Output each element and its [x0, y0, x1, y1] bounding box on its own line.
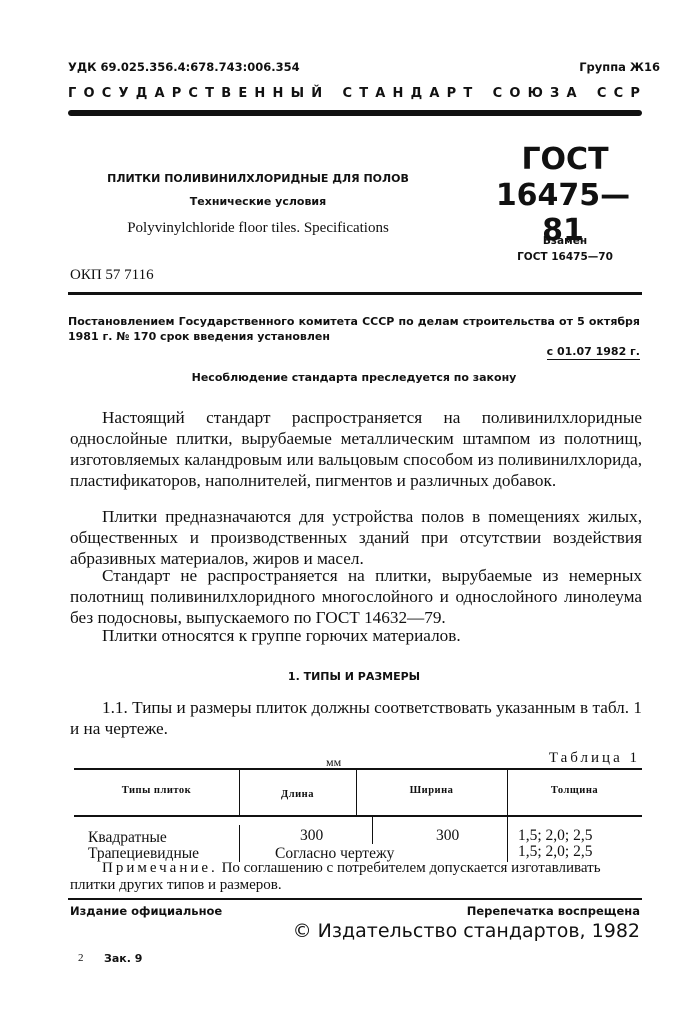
- banner-letter: Т: [359, 86, 368, 101]
- banner-letter: С: [597, 86, 607, 101]
- replaces-block: Взамен ГОСТ 16475—70: [490, 233, 640, 265]
- banner-letter: У: [118, 86, 128, 101]
- law-notice: Несоблюдение стандарта преследуется по з…: [68, 371, 640, 384]
- banner-letter: [584, 86, 590, 101]
- banner-letter: Т: [463, 86, 472, 101]
- table-cell-length: 300: [300, 827, 323, 845]
- table-col-divider: [507, 817, 508, 862]
- table-col-divider: [372, 817, 373, 844]
- okp-code: ОКП 57 7116: [70, 267, 154, 284]
- header-thick-rule: [68, 110, 642, 116]
- footer-rule: [68, 898, 642, 900]
- order-number: Зак. 9: [104, 952, 142, 965]
- paragraph-1-1: 1.1. Типы и размеры плиток должны соотве…: [70, 697, 642, 739]
- gost-label: ГОСТ: [490, 142, 640, 177]
- paragraph-flammability: Плитки относятся к группе горючих матери…: [70, 625, 642, 646]
- effective-date: с 01.07 1982 г.: [547, 345, 640, 360]
- banner-letter: З: [550, 86, 559, 101]
- table-header-length: Длина: [239, 789, 356, 800]
- replaces-label: Взамен: [490, 233, 640, 249]
- banner-letter: Д: [136, 86, 148, 101]
- banner-letter: Й: [311, 86, 322, 101]
- banner-letter: Н: [254, 86, 265, 101]
- table-header-width: Ширина: [356, 785, 507, 796]
- group-code: Группа Ж16: [579, 60, 660, 74]
- banner-letter: А: [566, 86, 576, 101]
- banner-letter: А: [375, 86, 385, 101]
- banner-letter: Ю: [528, 86, 543, 101]
- banner-letter: Р: [630, 86, 640, 101]
- state-standard-banner: ГОСУДАРСТВЕННЫЙ СТАНДАРТ СОЮЗА ССР: [68, 86, 640, 101]
- table-col-divider: [239, 825, 240, 862]
- table-note: Примечание. По соглашению с потребителем…: [70, 860, 642, 894]
- table-header-thickness: Толщина: [507, 785, 642, 796]
- english-title: Polyvinylchloride floor tiles. Specifica…: [68, 220, 448, 237]
- reprint-prohibited: Перепечатка воспрещена: [467, 904, 640, 918]
- udk-code: УДК 69.025.356.4:678.743:006.354: [68, 60, 300, 74]
- replaces-gost: ГОСТ 16475—70: [490, 249, 640, 265]
- copyright: © Издательство стандартов, 1982: [293, 920, 640, 942]
- banner-letter: Г: [68, 86, 76, 101]
- banner-letter: С: [343, 86, 353, 101]
- paragraph-exclusion: Стандарт не распространяется на плитки, …: [70, 565, 642, 628]
- banner-letter: Д: [411, 86, 423, 101]
- banner-letter: С: [493, 86, 503, 101]
- banner-letter: Р: [172, 86, 182, 101]
- note-label: Примечание.: [102, 860, 218, 876]
- table-header-rule: [74, 815, 642, 817]
- banner-letter: О: [83, 86, 94, 101]
- banner-letter: [479, 86, 485, 101]
- banner-letter: Н: [272, 86, 283, 101]
- banner-letter: А: [429, 86, 439, 101]
- paragraph-purpose: Плитки предназначаются для устройства по…: [70, 506, 642, 569]
- title-block-rule: [68, 292, 642, 295]
- banner-letter: О: [509, 86, 520, 101]
- banner-letter: [329, 86, 335, 101]
- banner-letter: А: [154, 86, 164, 101]
- table-top-rule: [74, 768, 642, 770]
- decree-text: Постановлением Государственного комитета…: [68, 314, 640, 344]
- page-number: 2: [78, 952, 84, 964]
- banner-letter: Т: [205, 86, 214, 101]
- banner-letter: С: [188, 86, 198, 101]
- banner-letter: С: [614, 86, 624, 101]
- document-subtitle: Технические условия: [68, 195, 448, 208]
- banner-letter: Ы: [291, 86, 304, 101]
- banner-letter: С: [102, 86, 112, 101]
- official-edition: Издание официальное: [70, 904, 222, 918]
- table-cell-width: 300: [436, 827, 459, 845]
- table-header-type: Типы плиток: [74, 785, 239, 796]
- table-cell-thickness: 1,5; 2,0; 2,5: [518, 843, 593, 861]
- paragraph-scope: Настоящий стандарт распространяется на п…: [70, 407, 642, 491]
- banner-letter: Е: [238, 86, 247, 101]
- document-title: ПЛИТКИ ПОЛИВИНИЛХЛОРИДНЫЕ ДЛЯ ПОЛОВ: [68, 172, 448, 185]
- banner-letter: В: [221, 86, 231, 101]
- banner-letter: Р: [447, 86, 457, 101]
- table-caption: Таблица 1: [549, 750, 640, 767]
- banner-letter: Н: [393, 86, 404, 101]
- section-heading: 1. ТИПЫ И РАЗМЕРЫ: [68, 670, 640, 683]
